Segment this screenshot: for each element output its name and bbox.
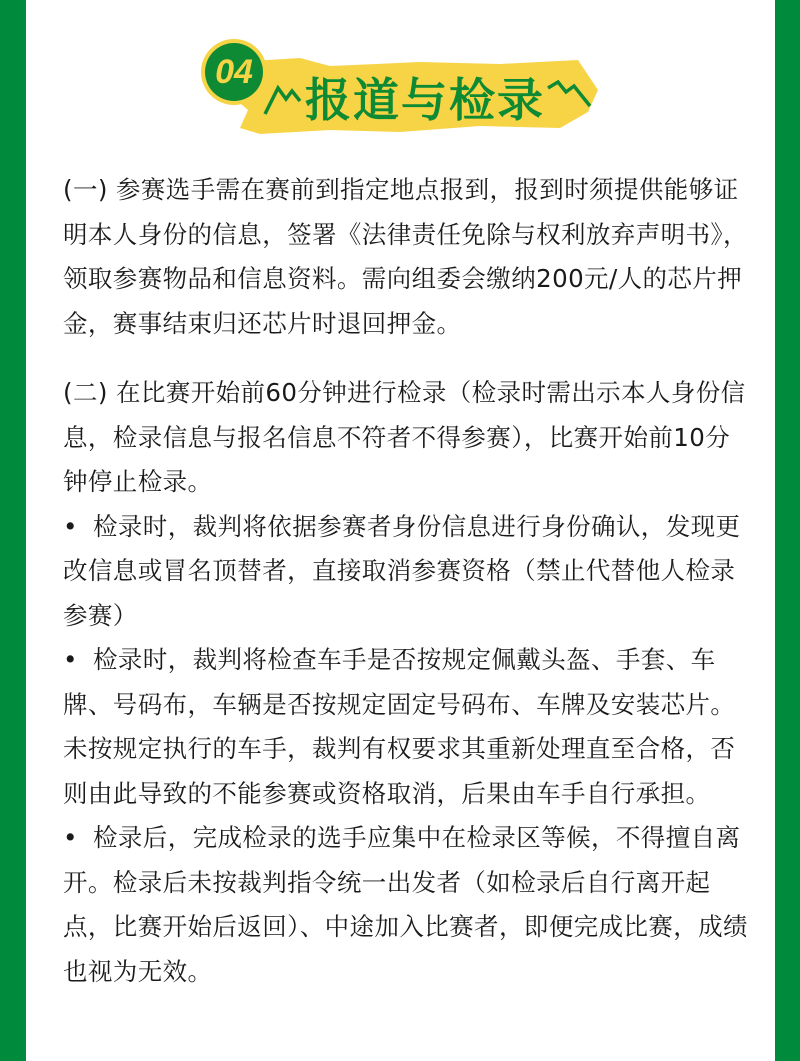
bullet-text: 检录后，完成检录的选手应集中在检录区等候，不得擅自离开。检录后未按裁判指令统一出… [63, 823, 748, 986]
paragraph-registration: (一) 参赛选手需在赛前到指定地点报到，报到时须提供能够证明本人身份的信息，签署… [63, 168, 753, 346]
bullet-item: •检录时，裁判将检查车手是否按规定佩戴头盔、手套、车牌、号码布，车辆是否按规定固… [63, 638, 753, 816]
section-header: 04 报道与检录 [0, 0, 800, 150]
bullet-list: •检录时，裁判将依据参赛者身份信息进行身份确认，发现更改信息或冒名顶替者，直接取… [63, 505, 753, 995]
section-title: 报道与检录 [305, 70, 545, 130]
bullet-marker: • [63, 505, 93, 550]
section-number-badge: 04 [202, 50, 266, 94]
paragraph-check-in: (二) 在比赛开始前60分钟进行检录（检录时需出示本人身份信息，检录信息与报名信… [63, 371, 753, 505]
document-body: (一) 参赛选手需在赛前到指定地点报到，报到时须提供能够证明本人身份的信息，签署… [63, 168, 753, 994]
bullet-marker: • [63, 638, 93, 683]
bullet-item: •检录时，裁判将依据参赛者身份信息进行身份确认，发现更改信息或冒名顶替者，直接取… [63, 505, 753, 639]
bullet-marker: • [63, 816, 93, 861]
bullet-text: 检录时，裁判将检查车手是否按规定佩戴头盔、手套、车牌、号码布，车辆是否按规定固定… [63, 645, 735, 808]
bullet-item: •检录后，完成检录的选手应集中在检录区等候，不得擅自离开。检录后未按裁判指令统一… [63, 816, 753, 994]
bullet-text: 检录时，裁判将依据参赛者身份信息进行身份确认，发现更改信息或冒名顶替者，直接取消… [63, 512, 740, 630]
